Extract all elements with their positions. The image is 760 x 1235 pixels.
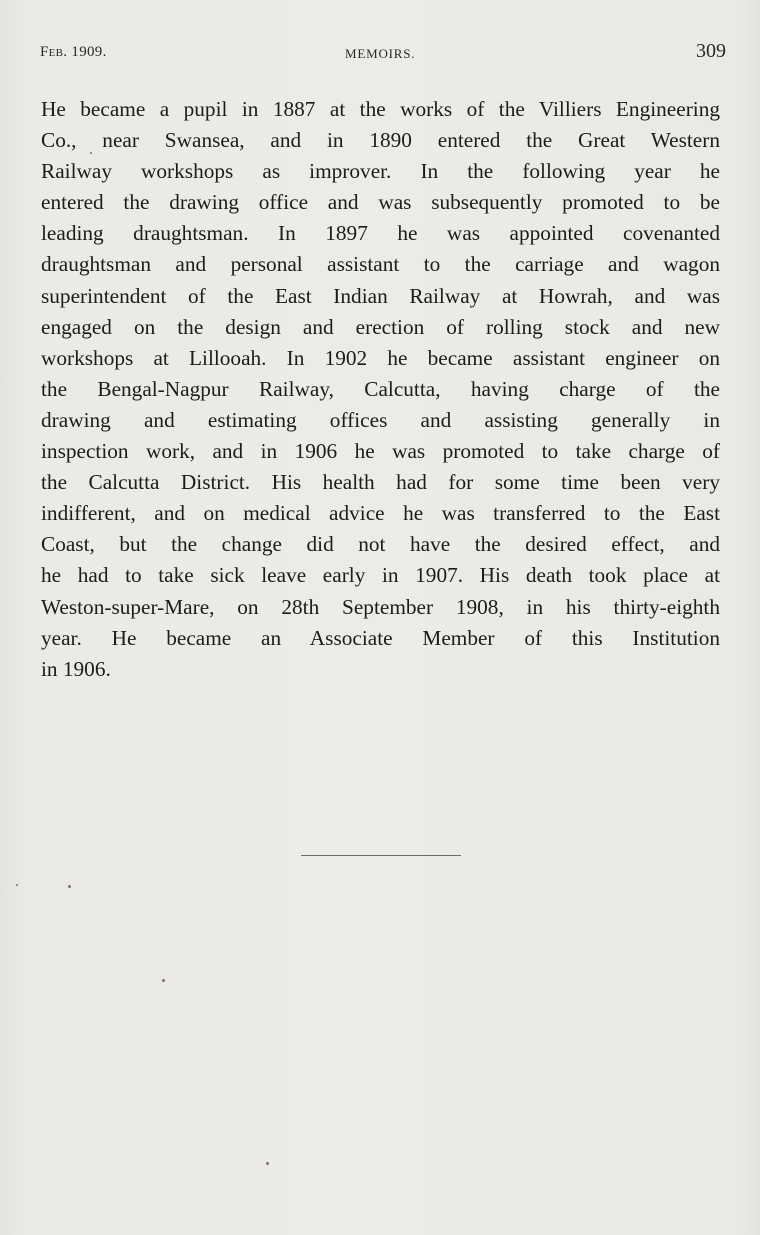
text-line: in 1906. — [41, 654, 720, 685]
text-line: entered the drawing office and was subse… — [41, 187, 720, 218]
text-line: indifferent, and on medical advice he wa… — [41, 498, 720, 529]
running-head-date: Feb. 1909. — [40, 44, 107, 61]
memoir-paragraph: He became a pupil in 1887 at the works o… — [41, 94, 720, 685]
book-page: Feb. 1909. MEMOIRS. 309 He became a pupi… — [0, 0, 760, 1235]
text-line: Weston-super-Mare, on 28th September 190… — [41, 592, 720, 623]
paper-speck — [266, 1162, 269, 1165]
text-line: Coast, but the change did not have the d… — [41, 529, 720, 560]
running-head: Feb. 1909. MEMOIRS. 309 — [40, 42, 726, 66]
paper-speck — [162, 979, 165, 982]
text-line: year. He became an Associate Member of t… — [41, 623, 720, 654]
text-line: the Bengal-Nagpur Railway, Calcutta, hav… — [41, 374, 720, 405]
section-end-rule — [301, 855, 461, 856]
text-line: drawing and estimating offices and assis… — [41, 405, 720, 436]
running-head-section-title: MEMOIRS. — [345, 46, 415, 62]
paper-speck — [68, 885, 71, 888]
text-line: he had to take sick leave early in 1907.… — [41, 560, 720, 591]
text-line: draughtsman and personal assistant to th… — [41, 249, 720, 280]
paper-speck — [16, 884, 18, 886]
text-line: Co., near Swansea, and in 1890 entered t… — [41, 125, 720, 156]
paper-speck — [90, 152, 92, 154]
text-line: workshops at Lillooah. In 1902 he became… — [41, 343, 720, 374]
text-line: engaged on the design and erection of ro… — [41, 312, 720, 343]
text-line: Railway workshops as improver. In the fo… — [41, 156, 720, 187]
text-line: the Calcutta District. His health had fo… — [41, 467, 720, 498]
text-line: superintendent of the East Indian Railwa… — [41, 281, 720, 312]
text-line: leading draughtsman. In 1897 he was appo… — [41, 218, 720, 249]
page-number: 309 — [696, 40, 726, 63]
text-line: He became a pupil in 1887 at the works o… — [41, 94, 720, 125]
text-line: inspection work, and in 1906 he was prom… — [41, 436, 720, 467]
